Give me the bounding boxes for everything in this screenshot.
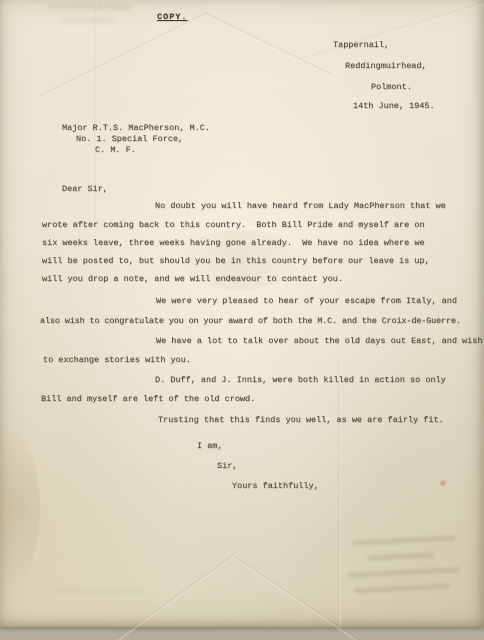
paper-stain bbox=[0, 430, 40, 590]
body-line: to exchange stories with you. bbox=[43, 355, 191, 365]
closing-line: I am, bbox=[197, 441, 223, 451]
bleed-through-ghost bbox=[352, 535, 456, 545]
bleed-through-ghost bbox=[368, 552, 434, 560]
body-line: six weeks leave, three weeks having gone… bbox=[42, 238, 425, 248]
scanned-letter: COPY. Tappernail, Reddingmuirhead, Polmo… bbox=[0, 0, 484, 640]
copy-label: COPY. bbox=[157, 12, 188, 22]
body-line: No doubt you will have heard from Lady M… bbox=[155, 201, 446, 211]
recipient-line: No. 1. Special Force, bbox=[76, 134, 183, 144]
body-line: Bill and myself are left of the old crow… bbox=[41, 394, 255, 404]
fold-crease bbox=[300, 0, 484, 61]
recipient-line: C. M. F. bbox=[95, 145, 136, 155]
fold-crease bbox=[39, 12, 207, 98]
body-line: wrote after coming back to this country.… bbox=[42, 220, 425, 230]
body-line: also wish to congratulate you on your aw… bbox=[40, 316, 461, 326]
fold-crease bbox=[234, 556, 362, 640]
salutation: Dear Sir, bbox=[62, 184, 108, 194]
bleed-through-ghost bbox=[354, 583, 450, 593]
body-line: will be posted to, but should you be in … bbox=[42, 256, 430, 266]
date-line: 14th June, 1945. bbox=[353, 101, 435, 111]
body-line: We have a lot to talk over about the old… bbox=[156, 336, 482, 346]
sender-address-line: Tappernail, bbox=[333, 40, 389, 50]
sender-address-line: Polmont. bbox=[371, 82, 412, 92]
letter-paper: COPY. Tappernail, Reddingmuirhead, Polmo… bbox=[0, 0, 484, 627]
vertical-fold bbox=[338, 360, 341, 627]
body-line: will you drop a note, and we will endeav… bbox=[42, 274, 343, 284]
bleed-through-ghost bbox=[55, 588, 145, 593]
body-line: We were very pleased to hear of your esc… bbox=[156, 296, 457, 306]
body-line: Trusting that this finds you well, as we… bbox=[158, 415, 444, 425]
bleed-through-ghost bbox=[60, 18, 115, 23]
recipient-line: Major R.T.S. MacPherson, M.C. bbox=[62, 123, 210, 133]
body-line: D. Duff, and J. Innis, were both killed … bbox=[155, 375, 446, 385]
bleed-through-ghost bbox=[48, 4, 132, 10]
closing-line: Sir, bbox=[217, 461, 237, 471]
closing-line: Yours faithfully, bbox=[232, 481, 319, 491]
sender-address-line: Reddingmuirhead, bbox=[345, 61, 427, 71]
fold-crease bbox=[204, 12, 331, 76]
bleed-through-ghost bbox=[348, 567, 460, 578]
fold-crease bbox=[117, 554, 235, 640]
paper-stain bbox=[440, 480, 446, 486]
